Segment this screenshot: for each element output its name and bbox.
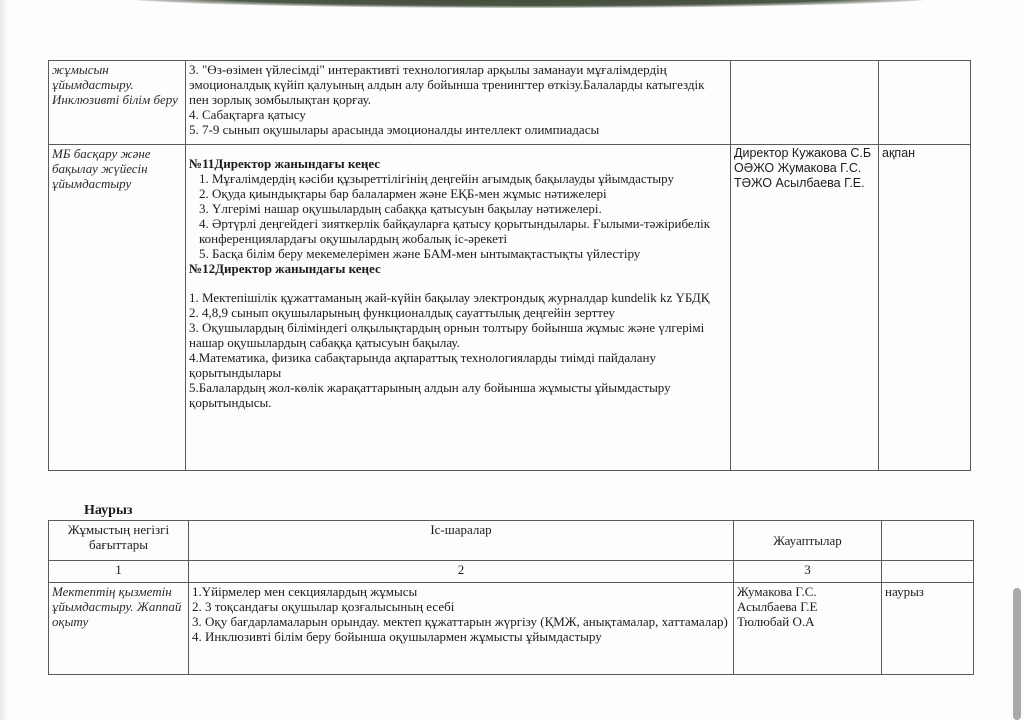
list-item: 3. Оқушылардың біліміндегі олқылықтардың…: [189, 320, 727, 350]
column-number: 2: [189, 561, 734, 583]
list-item: 2. Оқуда қиындықтары бар балалармен және…: [199, 186, 727, 201]
activity-item: 5. 7-9 сынып оқушылары арасында эмоциона…: [189, 122, 727, 137]
header-row: Жұмыстың негізгі бағыттары Іс-шаралар Жа…: [49, 521, 974, 561]
responsible-name: Директор Кужакова С.Б: [734, 146, 875, 161]
table-row: жұмысын ұйымдастыру. Инклюзивті білім бе…: [49, 61, 971, 145]
column-number: 1: [49, 561, 189, 583]
council-title: №11Директор жанындағы кеңес: [189, 156, 727, 171]
column-header: [882, 521, 974, 561]
number-row: 1 2 3: [49, 561, 974, 583]
plan-table-march: Жұмыстың негізгі бағыттары Іс-шаралар Жа…: [48, 520, 974, 675]
list-item: 4. Әртүрлі деңгейдегі зияткерлік байқаул…: [199, 216, 727, 246]
council-title: №12Директор жанындағы кеңес: [189, 261, 727, 276]
responsible-name: ОӘЖО Жумакова Г.С.: [734, 161, 875, 176]
responsible-cell: [731, 61, 879, 145]
column-number: [882, 561, 974, 583]
responsible-name: Жумакова Г.С.: [737, 584, 878, 599]
table-row: МБ басқару және бақылау жүйесін ұйымдаст…: [49, 145, 971, 471]
deadline-cell: ақпан: [879, 145, 971, 471]
responsible-name: ТӘЖО Асылбаева Г.Е.: [734, 176, 875, 191]
direction-cell: Мектептің қызметін ұйымдастыру. Жаппай о…: [49, 583, 189, 675]
page-edge: [0, 0, 8, 720]
plan-table-february: жұмысын ұйымдастыру. Инклюзивті білім бе…: [48, 60, 971, 471]
list-item: 4.Математика, физика сабақтарында ақпара…: [189, 350, 727, 380]
column-header: Жауаптылар: [734, 521, 882, 561]
activities-cell: 1.Үйірмелер мен секциялардың жұмысы 2. 3…: [189, 583, 734, 675]
activity-item: 3. Оқу бағдарламаларын орындау. мектеп қ…: [192, 614, 730, 629]
responsible-name: Асылбаева Г.Е: [737, 599, 878, 614]
list-item: 1. Мектепішілік құжаттаманың жай-күйін б…: [189, 290, 727, 305]
deadline-cell: [879, 61, 971, 145]
vertical-scrollbar[interactable]: [1013, 588, 1021, 720]
section-title: Наурыз: [84, 503, 133, 519]
activity-item: 2. 3 тоқсандағы оқушылар қозғалысының ес…: [192, 599, 730, 614]
column-header: Іс-шаралар: [189, 521, 734, 561]
activity-item: 4. Инклюзивті білім беру бойынша оқушыла…: [192, 629, 730, 644]
list-item: 3. Үлгерімі нашар оқушылардың сабаққа қа…: [199, 201, 727, 216]
direction-cell: МБ басқару және бақылау жүйесін ұйымдаст…: [49, 145, 186, 471]
responsible-name: Тюлюбай О.А: [737, 614, 878, 629]
list-item: 5. Басқа білім беру мекемелерімен және Б…: [199, 246, 727, 261]
photo-shadow: [120, 0, 940, 8]
responsible-cell: Жумакова Г.С. Асылбаева Г.Е Тюлюбай О.А: [734, 583, 882, 675]
deadline-cell: наурыз: [882, 583, 974, 675]
council-list: 1. Мұғалімдердің кәсіби құзыреттілігінің…: [189, 171, 727, 261]
activity-item: 3. "Өз-өзімен үйлесімді" интерактивті те…: [189, 62, 727, 107]
column-header: Жұмыстың негізгі бағыттары: [49, 521, 189, 561]
activities-cell: №11Директор жанындағы кеңес 1. Мұғалімде…: [186, 145, 731, 471]
column-number: 3: [734, 561, 882, 583]
list-item: 1. Мұғалімдердің кәсіби құзыреттілігінің…: [199, 171, 727, 186]
responsible-cell: Директор Кужакова С.Б ОӘЖО Жумакова Г.С.…: [731, 145, 879, 471]
activities-cell: 3. "Өз-өзімен үйлесімді" интерактивті те…: [186, 61, 731, 145]
list-item: 2. 4,8,9 сынып оқушыларының функционалды…: [189, 305, 727, 320]
activity-item: 1.Үйірмелер мен секциялардың жұмысы: [192, 584, 730, 599]
direction-cell: жұмысын ұйымдастыру. Инклюзивті білім бе…: [49, 61, 186, 145]
table-row: Мектептің қызметін ұйымдастыру. Жаппай о…: [49, 583, 974, 675]
list-item: 5.Балалардың жол-көлік жарақаттарының ал…: [189, 380, 727, 410]
activity-item: 4. Сабақтарға қатысу: [189, 107, 727, 122]
